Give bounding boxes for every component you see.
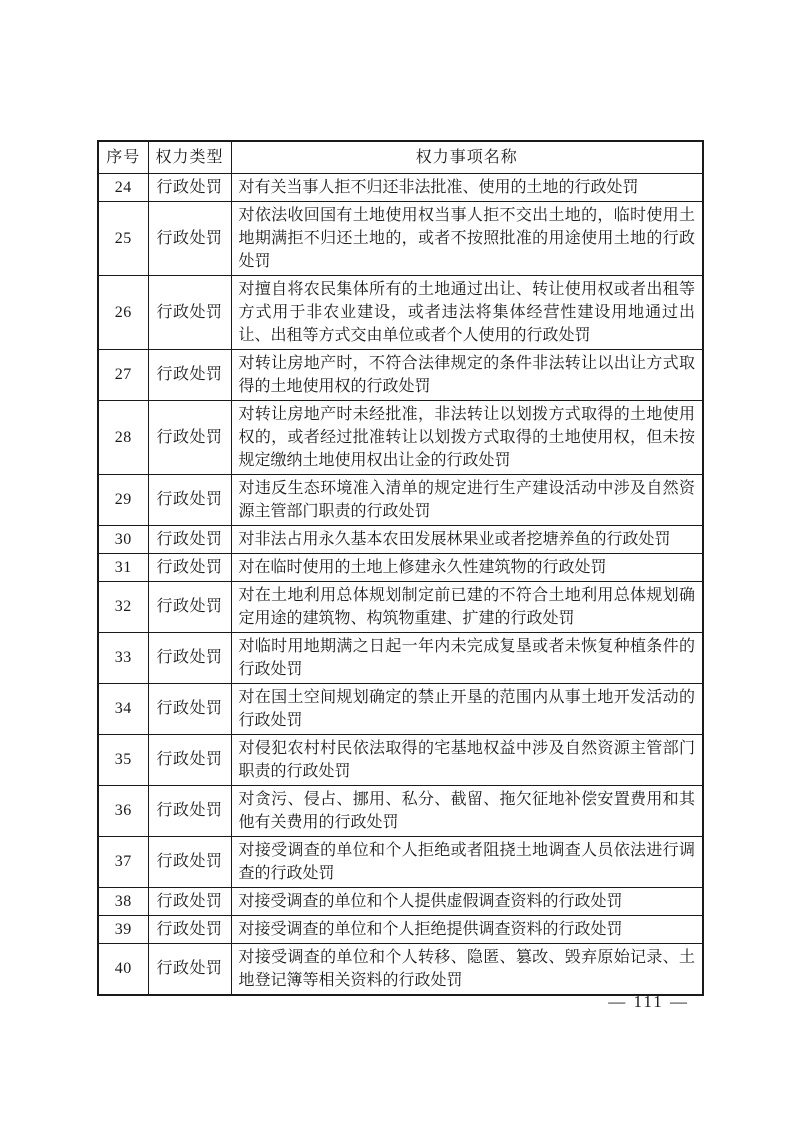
row-power-type: 行政处罚 — [148, 525, 231, 553]
row-serial: 25 — [98, 201, 148, 275]
row-power-item-name: 对在临时使用的土地上修建永久性建筑物的行政处罚 — [231, 553, 703, 581]
row-power-type: 行政处罚 — [148, 553, 231, 581]
table-row: 28行政处罚对转让房地产时未经批准，非法转让以划拨方式取得的土地使用权的，或者经… — [98, 400, 703, 474]
row-power-item-name: 对在国土空间规划确定的禁止开垦的范围内从事土地开发活动的行政处罚 — [231, 683, 703, 734]
row-serial: 32 — [98, 581, 148, 632]
row-power-item-name: 对转让房地产时，不符合法律规定的条件非法转让以出让方式取得的土地使用权的行政处罚 — [231, 349, 703, 400]
row-power-type: 行政处罚 — [148, 887, 231, 915]
row-power-type: 行政处罚 — [148, 734, 231, 785]
row-power-item-name: 对转让房地产时未经批准，非法转让以划拨方式取得的土地使用权的，或者经过批准转让以… — [231, 400, 703, 474]
row-power-type: 行政处罚 — [148, 943, 231, 995]
table-row: 39行政处罚对接受调查的单位和个人拒绝提供调查资料的行政处罚 — [98, 915, 703, 943]
row-power-type: 行政处罚 — [148, 683, 231, 734]
row-serial: 29 — [98, 474, 148, 525]
row-serial: 39 — [98, 915, 148, 943]
row-power-item-name: 对在土地利用总体规划制定前已建的不符合土地利用总体规划确定用途的建筑物、构筑物重… — [231, 581, 703, 632]
row-power-type: 行政处罚 — [148, 349, 231, 400]
table-row: 36行政处罚对贪污、侵占、挪用、私分、截留、拖欠征地补偿安置费用和其他有关费用的… — [98, 785, 703, 836]
row-serial: 26 — [98, 275, 148, 349]
table-row: 31行政处罚对在临时使用的土地上修建永久性建筑物的行政处罚 — [98, 553, 703, 581]
row-serial: 31 — [98, 553, 148, 581]
table-row: 33行政处罚对临时用地期满之日起一年内未完成复垦或者未恢复种植条件的行政处罚 — [98, 632, 703, 683]
table-row: 29行政处罚对违反生态环境准入清单的规定进行生产建设活动中涉及自然资源主管部门职… — [98, 474, 703, 525]
table-row: 35行政处罚对侵犯农村村民依法取得的宅基地权益中涉及自然资源主管部门职责的行政处… — [98, 734, 703, 785]
page-number: — 111 — — [608, 992, 689, 1012]
row-serial: 40 — [98, 943, 148, 995]
table-row: 24行政处罚对有关当事人拒不归还非法批准、使用的土地的行政处罚 — [98, 173, 703, 201]
row-power-item-name: 对违反生态环境准入清单的规定进行生产建设活动中涉及自然资源主管部门职责的行政处罚 — [231, 474, 703, 525]
row-serial: 37 — [98, 836, 148, 887]
col-header-power-type: 权力类型 — [148, 141, 231, 173]
power-items-table: 序号 权力类型 权力事项名称 24行政处罚对有关当事人拒不归还非法批准、使用的土… — [97, 140, 704, 996]
row-power-item-name: 对接受调查的单位和个人提供虚假调查资料的行政处罚 — [231, 887, 703, 915]
table-row: 26行政处罚对擅自将农民集体所有的土地通过出让、转让使用权或者出租等方式用于非农… — [98, 275, 703, 349]
row-serial: 27 — [98, 349, 148, 400]
col-header-serial-number: 序号 — [98, 141, 148, 173]
row-power-type: 行政处罚 — [148, 785, 231, 836]
row-power-type: 行政处罚 — [148, 836, 231, 887]
row-power-type: 行政处罚 — [148, 474, 231, 525]
row-power-item-name: 对接受调查的单位和个人拒绝或者阻挠土地调查人员依法进行调查的行政处罚 — [231, 836, 703, 887]
table-row: 32行政处罚对在土地利用总体规划制定前已建的不符合土地利用总体规划确定用途的建筑… — [98, 581, 703, 632]
table-row: 40行政处罚对接受调查的单位和个人转移、隐匿、篡改、毁弃原始记录、土地登记簿等相… — [98, 943, 703, 995]
row-power-type: 行政处罚 — [148, 201, 231, 275]
row-power-item-name: 对依法收回国有土地使用权当事人拒不交出土地的，临时使用土地期满拒不归还土地的，或… — [231, 201, 703, 275]
row-power-item-name: 对贪污、侵占、挪用、私分、截留、拖欠征地补偿安置费用和其他有关费用的行政处罚 — [231, 785, 703, 836]
row-serial: 38 — [98, 887, 148, 915]
row-power-item-name: 对擅自将农民集体所有的土地通过出让、转让使用权或者出租等方式用于非农业建设，或者… — [231, 275, 703, 349]
table-row: 27行政处罚对转让房地产时，不符合法律规定的条件非法转让以出让方式取得的土地使用… — [98, 349, 703, 400]
row-power-type: 行政处罚 — [148, 581, 231, 632]
table-row: 37行政处罚对接受调查的单位和个人拒绝或者阻挠土地调查人员依法进行调查的行政处罚 — [98, 836, 703, 887]
row-serial: 24 — [98, 173, 148, 201]
row-serial: 34 — [98, 683, 148, 734]
row-serial: 35 — [98, 734, 148, 785]
col-header-power-item-name: 权力事项名称 — [231, 141, 703, 173]
table-row: 25行政处罚对依法收回国有土地使用权当事人拒不交出土地的，临时使用土地期满拒不归… — [98, 201, 703, 275]
table-row: 30行政处罚对非法占用永久基本农田发展林果业或者挖塘养鱼的行政处罚 — [98, 525, 703, 553]
row-power-item-name: 对有关当事人拒不归还非法批准、使用的土地的行政处罚 — [231, 173, 703, 201]
row-serial: 36 — [98, 785, 148, 836]
row-power-item-name: 对接受调查的单位和个人转移、隐匿、篡改、毁弃原始记录、土地登记簿等相关资料的行政… — [231, 943, 703, 995]
row-power-type: 行政处罚 — [148, 632, 231, 683]
row-power-type: 行政处罚 — [148, 915, 231, 943]
row-power-item-name: 对临时用地期满之日起一年内未完成复垦或者未恢复种植条件的行政处罚 — [231, 632, 703, 683]
row-serial: 28 — [98, 400, 148, 474]
row-power-item-name: 对接受调查的单位和个人拒绝提供调查资料的行政处罚 — [231, 915, 703, 943]
row-power-item-name: 对侵犯农村村民依法取得的宅基地权益中涉及自然资源主管部门职责的行政处罚 — [231, 734, 703, 785]
row-serial: 33 — [98, 632, 148, 683]
row-power-type: 行政处罚 — [148, 173, 231, 201]
row-power-item-name: 对非法占用永久基本农田发展林果业或者挖塘养鱼的行政处罚 — [231, 525, 703, 553]
table-row: 34行政处罚对在国土空间规划确定的禁止开垦的范围内从事土地开发活动的行政处罚 — [98, 683, 703, 734]
row-power-type: 行政处罚 — [148, 400, 231, 474]
row-power-type: 行政处罚 — [148, 275, 231, 349]
table-row: 38行政处罚对接受调查的单位和个人提供虚假调查资料的行政处罚 — [98, 887, 703, 915]
row-serial: 30 — [98, 525, 148, 553]
document-page: 序号 权力类型 权力事项名称 24行政处罚对有关当事人拒不归还非法批准、使用的土… — [0, 0, 793, 1122]
table-header-row: 序号 权力类型 权力事项名称 — [98, 141, 703, 173]
